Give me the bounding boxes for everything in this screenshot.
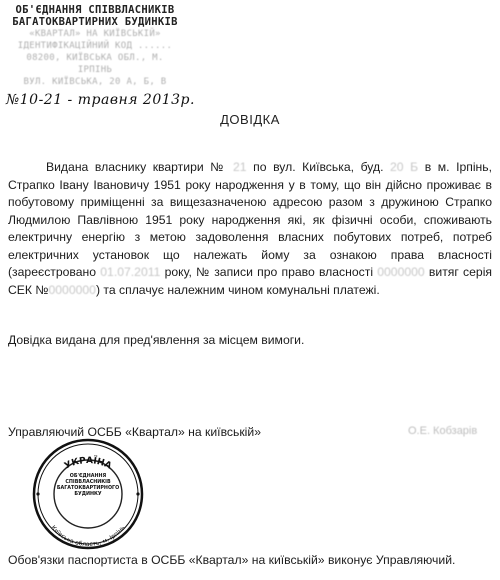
record-number: 0000000 bbox=[377, 265, 424, 279]
body-text: Видана власнику квартири № bbox=[46, 160, 233, 174]
seal-center-line: СПІВВЛАСНИКІВ bbox=[65, 479, 111, 485]
reference-number: №10-21 - травня 2013р. bbox=[6, 92, 195, 108]
registration-date: 01.07.2011 bbox=[100, 265, 160, 279]
body-text: ) та сплачує належним чином комунальні п… bbox=[96, 283, 380, 297]
stamp-line-buildings: Багатоквартирних будинків bbox=[10, 16, 180, 28]
seal-top-text: УКРАЇНА bbox=[63, 455, 113, 471]
house-number: 20 Б bbox=[390, 160, 418, 174]
document-title: ДОВІДКА bbox=[0, 112, 500, 127]
svg-text:УКРАЇНА: УКРАЇНА bbox=[63, 455, 113, 471]
manager-name: О.Е. Кобзарів bbox=[408, 425, 477, 437]
seal-center-line: ОБ'ЄДНАННЯ bbox=[70, 473, 107, 479]
manager-title: Управляючий ОСББ «Квартал» на київській» bbox=[8, 425, 261, 439]
extract-number: 0000000 bbox=[49, 283, 96, 297]
footer-note: Обов'язки паспортиста в ОСББ «Квартал» н… bbox=[8, 553, 455, 567]
seal-center-line: БУДИНКУ bbox=[74, 491, 102, 497]
purpose-note: Довідка видана для пред'явлення за місце… bbox=[8, 333, 304, 347]
seal-center-line: БАГАТОКВАРТИРНОГО bbox=[57, 485, 119, 491]
stamp-line-code: Ідентифікаційний код ...... bbox=[10, 40, 180, 52]
stamp-line-name: «Квартал» на київській» bbox=[10, 28, 180, 40]
stamp-line-street: вул. Київська, 20 А, Б, В bbox=[10, 76, 180, 88]
body-text: по вул. Київська, буд. bbox=[247, 160, 390, 174]
stamp-line-city: 08200, Київська обл., м. Ірпінь bbox=[10, 52, 180, 76]
organization-header-stamp: Об'єднання Співвласників Багатоквартирни… bbox=[10, 4, 180, 88]
round-seal-icon: УКРАЇНА Київська область, м. Ірпінь ОБ'Є… bbox=[24, 438, 152, 550]
certificate-body: Видана власнику квартири № 21 по вул. Ки… bbox=[8, 159, 492, 299]
stamp-line-org-type: Об'єднання Співвласників bbox=[10, 4, 180, 16]
apartment-number: 21 bbox=[233, 160, 247, 174]
body-text: року, № записи про право власності bbox=[160, 265, 377, 279]
body-text: в м. Ірпінь, Страпко Івану Івановичу 195… bbox=[8, 160, 492, 279]
